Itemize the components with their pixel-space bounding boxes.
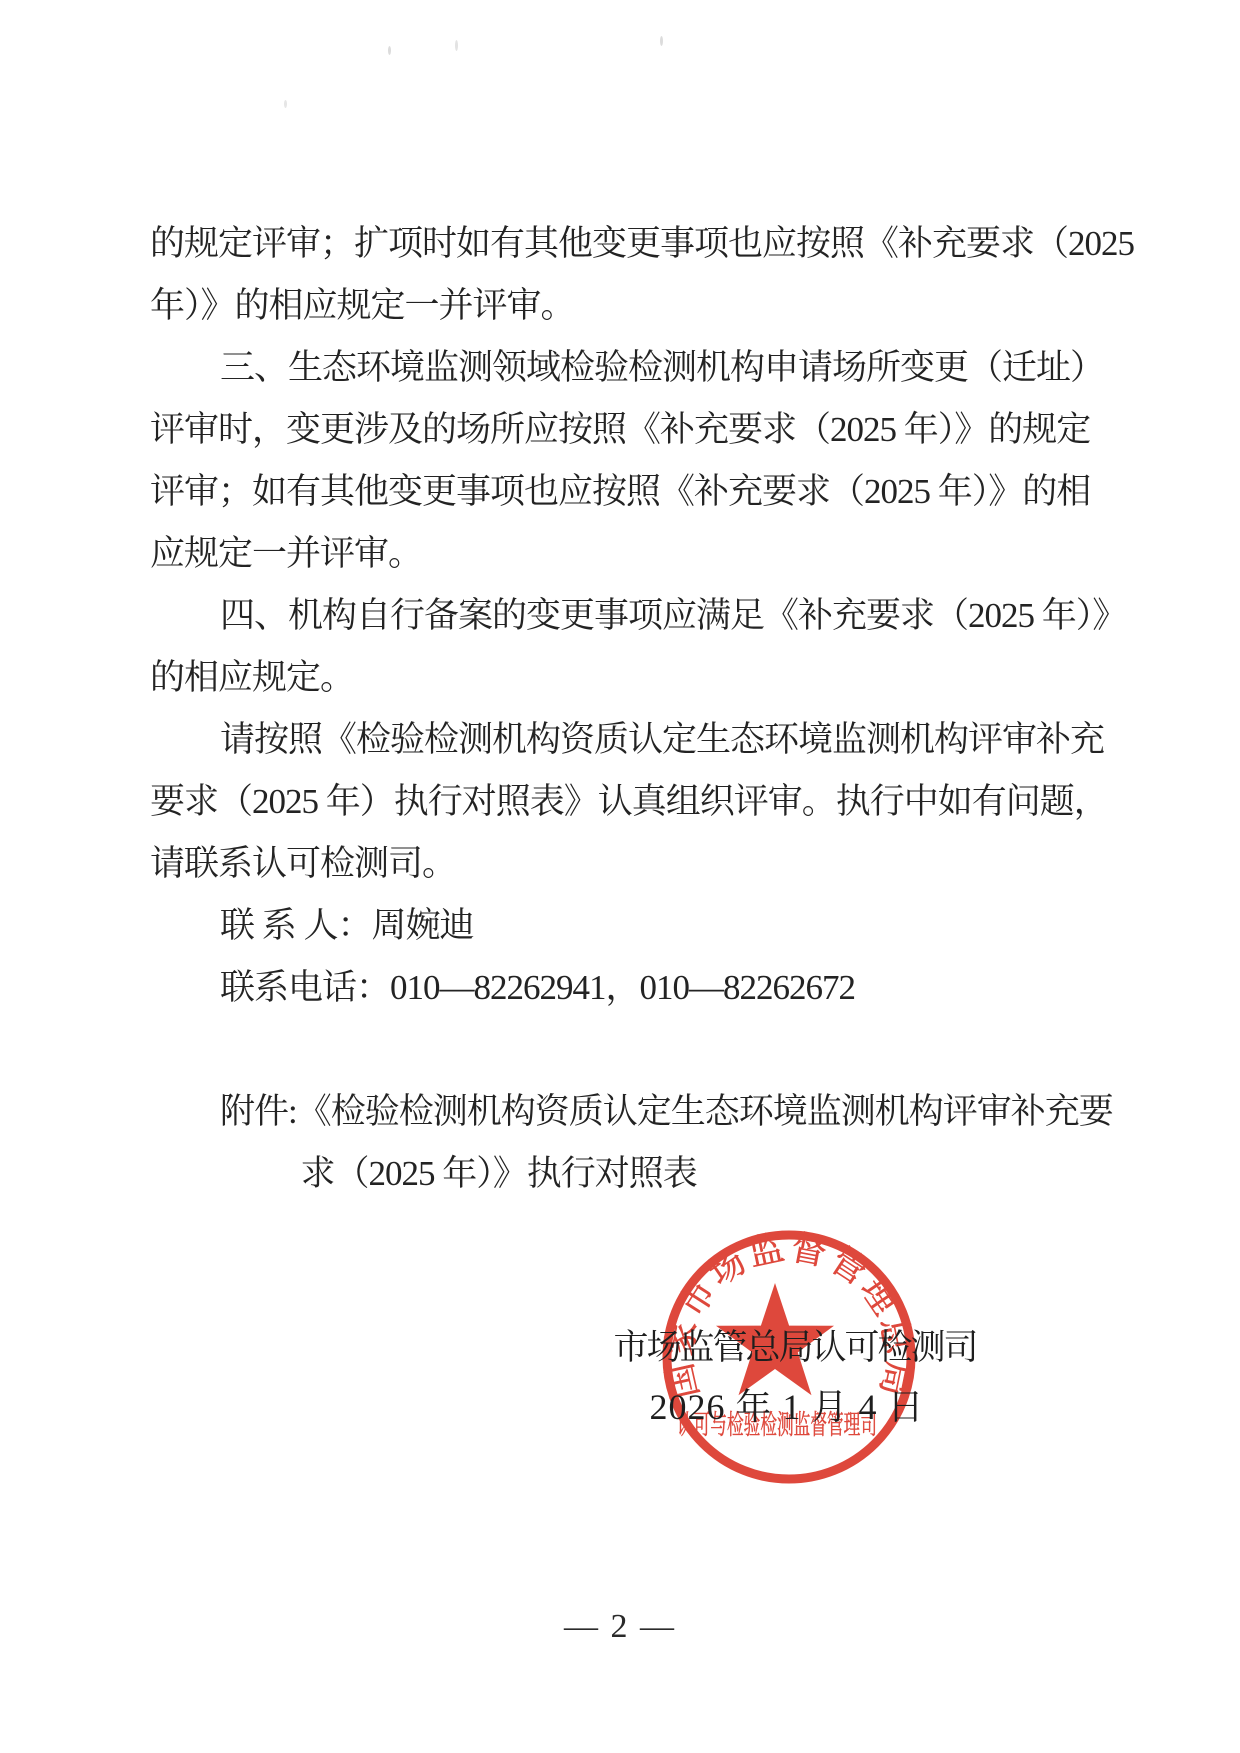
scan-speck — [660, 36, 663, 46]
scan-speck — [388, 46, 391, 55]
document-line — [150, 1019, 1080, 1081]
scan-speck — [455, 40, 458, 51]
document-line: 求（2025 年）》执行对照表 — [150, 1143, 1080, 1205]
document-line: 应规定一并评审。 — [150, 523, 1080, 585]
page-number: — 2 — — [564, 1608, 676, 1646]
document-line: 要求（2025 年）执行对照表》认真组织评审。执行中如有问题， — [150, 771, 1080, 833]
signature-date: 2026 年 1 月 4 日 — [649, 1379, 924, 1430]
document-line: 评审时，变更涉及的场所应按照《补充要求（2025 年）》的规定 — [150, 399, 1080, 461]
signature-line: 市场监管总局认可检测司 — [613, 1320, 976, 1370]
document-line: 的规定评审；扩项时如有其他变更事项也应按照《补充要求（2025 — [150, 213, 1080, 275]
document-line: 联 系 人：周婉迪 — [150, 895, 1080, 957]
document-line: 评审；如有其他变更事项也应按照《补充要求（2025 年）》的相 — [150, 461, 1080, 523]
document-line: 请联系认可检测司。 — [150, 833, 1080, 895]
document-line: 年）》的相应规定一并评审。 — [150, 275, 1080, 337]
document-line: 四、机构自行备案的变更事项应满足《补充要求（2025 年）》 — [150, 585, 1080, 647]
document-line: 三、生态环境监测领域检验检测机构申请场所变更（迁址） — [150, 337, 1080, 399]
document-line: 请按照《检验检测机构资质认定生态环境监测机构评审补充 — [150, 709, 1080, 771]
document-body: 的规定评审；扩项时如有其他变更事项也应按照《补充要求（2025年）》的相应规定一… — [150, 213, 1080, 1205]
document-line: 附件:《检验检测机构资质认定生态环境监测机构评审补充要 — [150, 1081, 1080, 1143]
document-page: 的规定评审；扩项时如有其他变更事项也应按照《补充要求（2025年）》的相应规定一… — [0, 0, 1240, 1753]
document-line: 联系电话：010—82262941，010—82262672 — [150, 957, 1080, 1019]
scan-speck — [284, 100, 287, 108]
document-line: 的相应规定。 — [150, 647, 1080, 709]
